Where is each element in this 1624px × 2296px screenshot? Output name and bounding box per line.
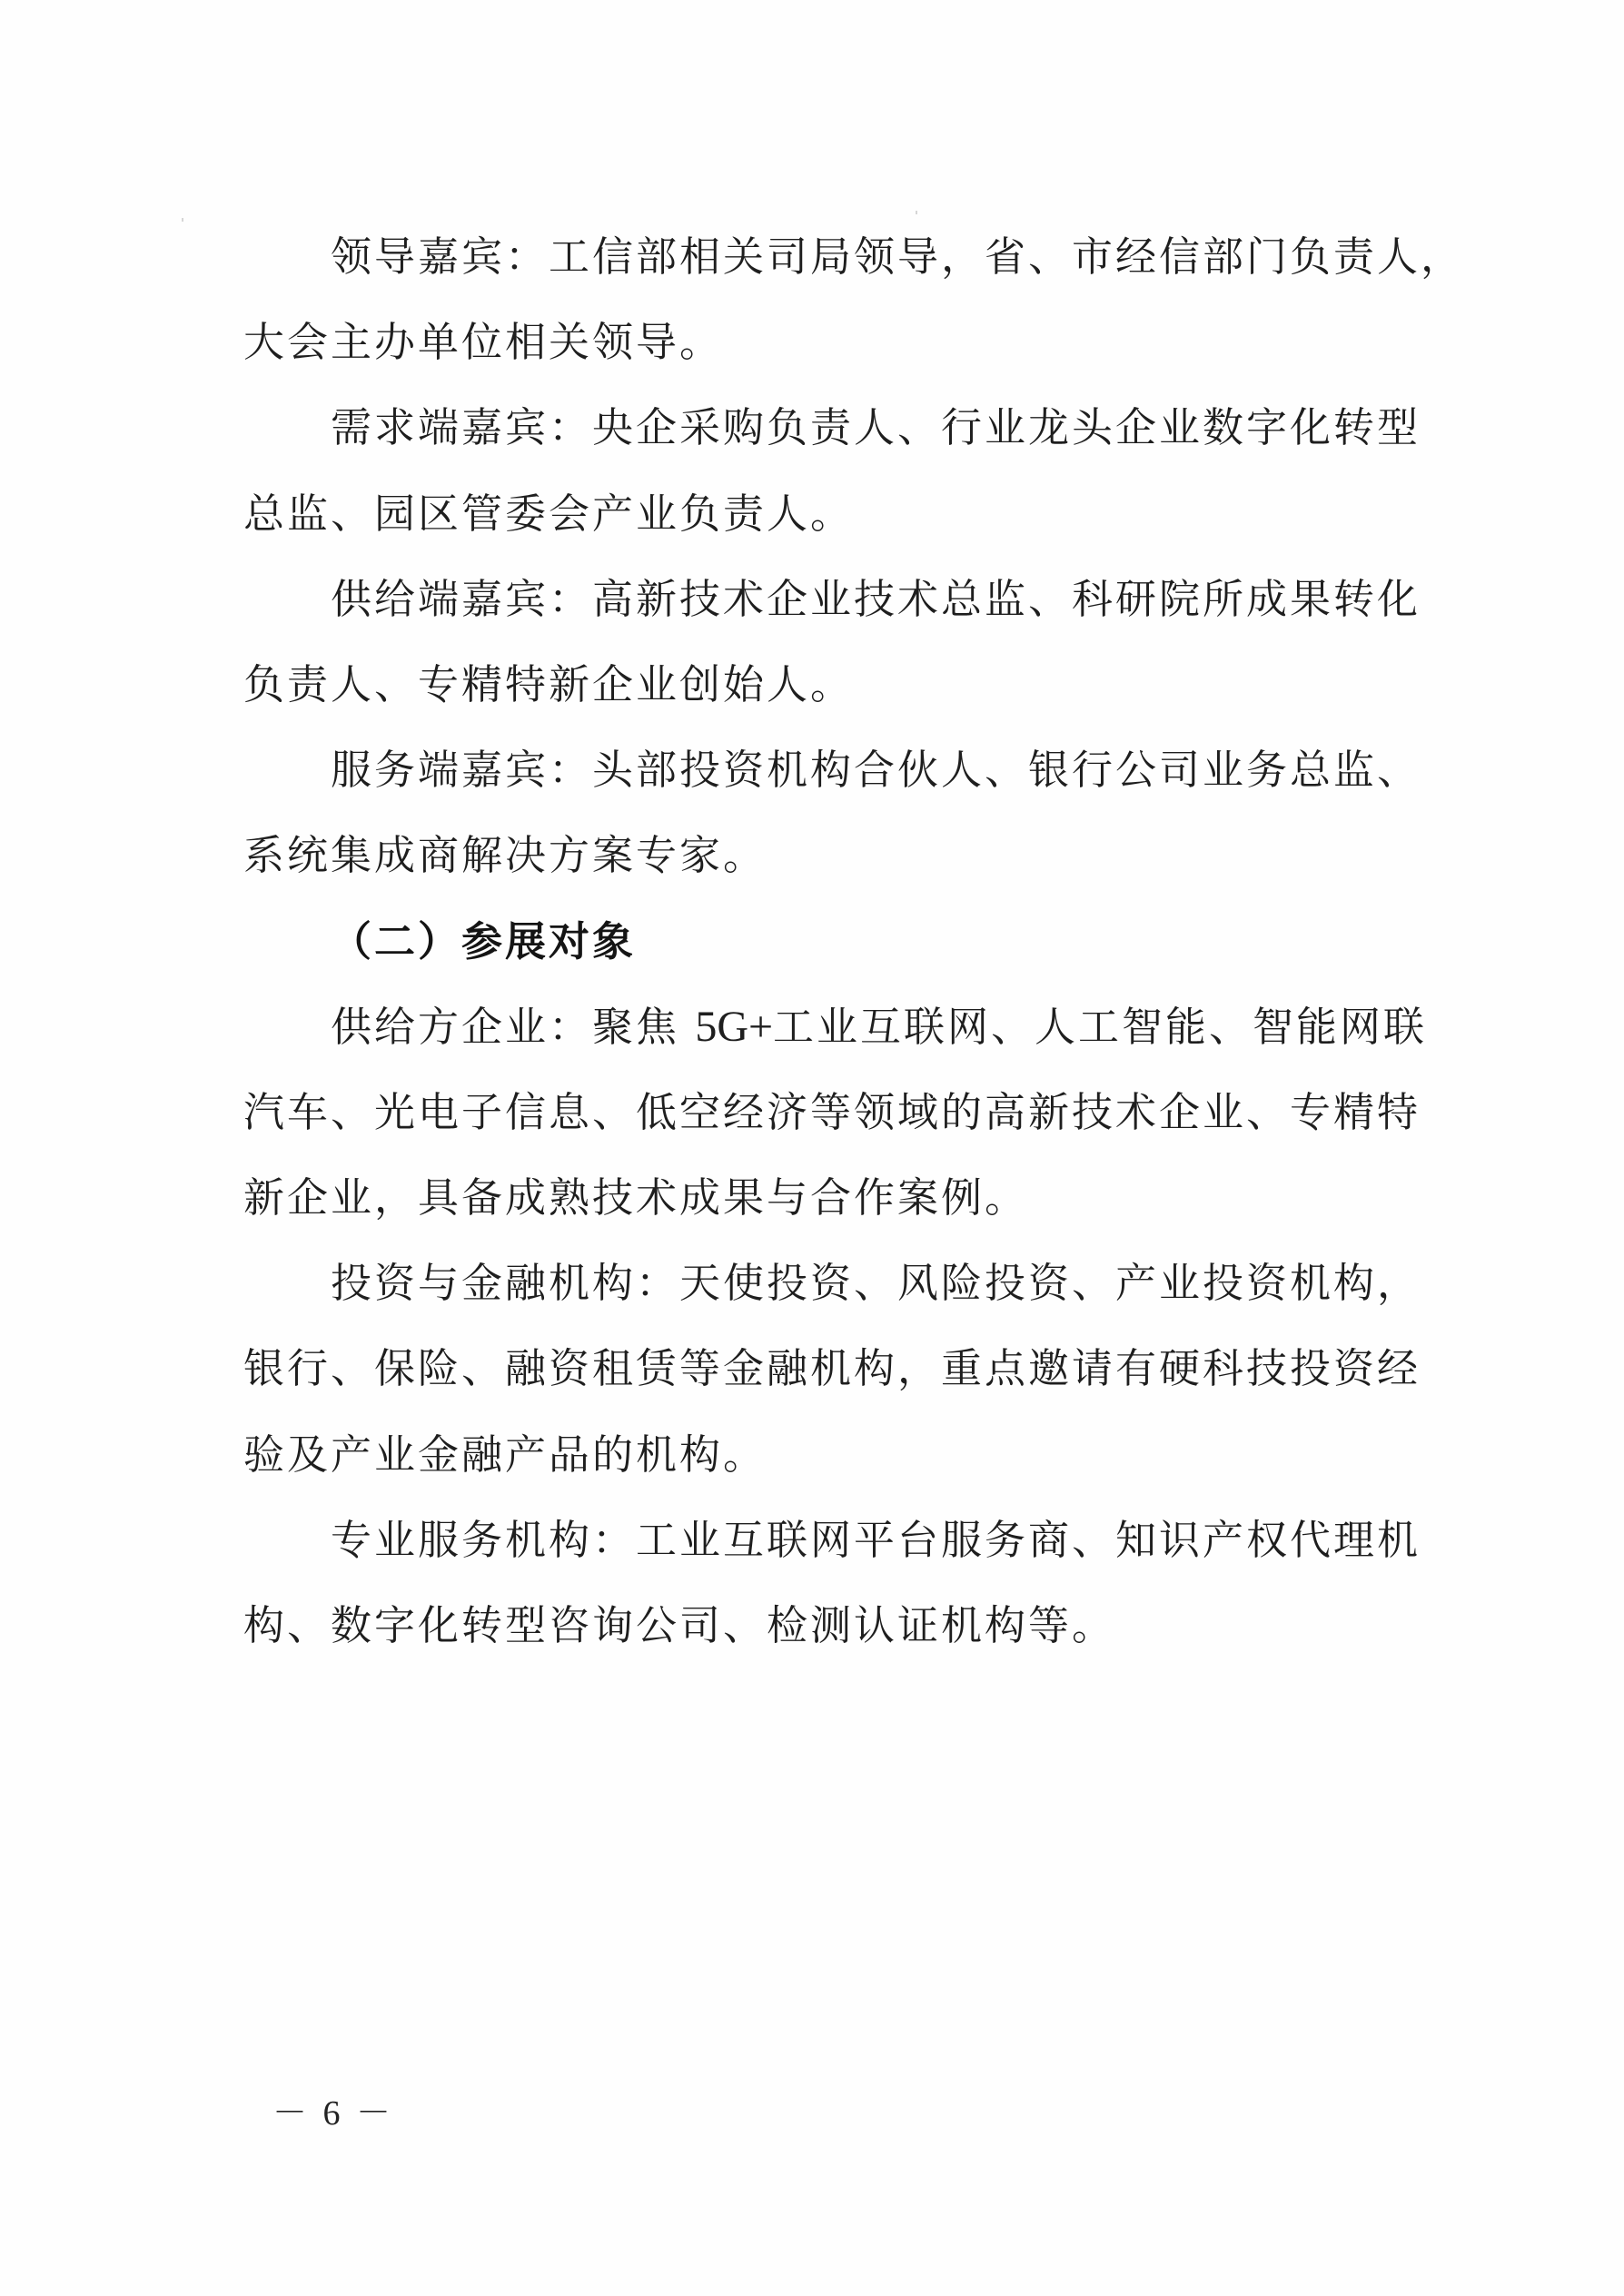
- paragraph-service-guests-line-1: 服务端嘉宾：头部投资机构合伙人、银行公司业务总监、: [243, 727, 1433, 813]
- paragraph-service-guests-line-2: 系统集成商解决方案专家。: [243, 813, 1433, 898]
- paragraph-demand-guests-line-2: 总监、园区管委会产业负责人。: [243, 471, 1433, 557]
- paragraph-leader-guests-line-2: 大会主办单位相关领导。: [243, 300, 1433, 385]
- scan-speck: [916, 211, 917, 214]
- paragraph-leader-guests-line-1: 领导嘉宾：工信部相关司局领导，省、市经信部门负责人，: [243, 214, 1433, 300]
- document-body: 领导嘉宾：工信部相关司局领导，省、市经信部门负责人， 大会主办单位相关领导。 需…: [243, 214, 1433, 1668]
- paragraph-supplier-enterprises-line-1: 供给方企业：聚焦 5G+工业互联网、人工智能、智能网联: [243, 985, 1433, 1070]
- text-segment: 工业互联网、人工智能、智能网联: [773, 1003, 1427, 1051]
- paragraph-supply-guests-line-2: 负责人、专精特新企业创始人。: [243, 642, 1433, 727]
- paragraph-professional-services-line-2: 构、数字化转型咨询公司、检测认证机构等。: [243, 1583, 1433, 1668]
- paragraph-supplier-enterprises-line-3: 新企业，具备成熟技术成果与合作案例。: [243, 1155, 1433, 1241]
- paragraph-supply-guests-line-1: 供给端嘉宾：高新技术企业技术总监、科研院所成果转化: [243, 557, 1433, 642]
- scan-speck: [182, 218, 183, 222]
- paragraph-investment-finance-line-1: 投资与金融机构：天使投资、风险投资、产业投资机构，: [243, 1241, 1433, 1326]
- paragraph-supplier-enterprises-line-2: 汽车、光电子信息、低空经济等领域的高新技术企业、专精特: [243, 1070, 1433, 1155]
- paragraph-investment-finance-line-3: 验及产业金融产品的机构。: [243, 1412, 1433, 1498]
- paragraph-investment-finance-line-2: 银行、保险、融资租赁等金融机构，重点邀请有硬科技投资经: [243, 1326, 1433, 1411]
- latin-term-5g: 5G+: [695, 1003, 773, 1051]
- document-page: 领导嘉宾：工信部相关司局领导，省、市经信部门负责人， 大会主办单位相关领导。 需…: [0, 0, 1624, 2296]
- section-heading-exhibitors: （二）参展对象: [243, 899, 1433, 985]
- text-segment: 供给方企业：聚焦: [331, 1003, 695, 1051]
- paragraph-professional-services-line-1: 专业服务机构：工业互联网平台服务商、知识产权代理机: [243, 1498, 1433, 1583]
- paragraph-demand-guests-line-1: 需求端嘉宾：央企采购负责人、行业龙头企业数字化转型: [243, 385, 1433, 470]
- page-number: － 6 －: [272, 2091, 391, 2136]
